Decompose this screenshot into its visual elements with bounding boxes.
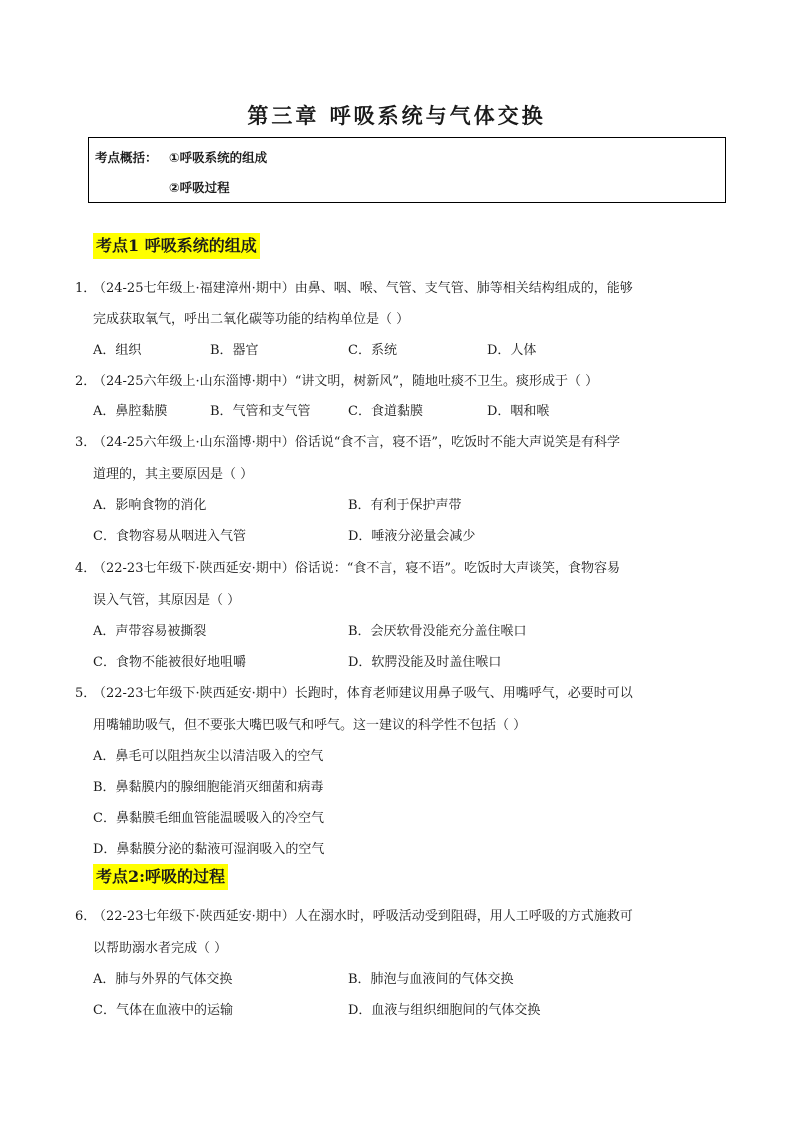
option-a: A．影响食物的消化	[93, 497, 206, 515]
summary-item-2: ②呼吸过程	[169, 178, 230, 196]
option-a: A．鼻腔黏膜	[93, 403, 167, 421]
option-d: D．软腭没能及时盖住喉口	[348, 654, 501, 672]
option-c: C．鼻黏膜毛细血管能温暖吸入的冷空气	[93, 810, 324, 828]
option-b: B．肺泡与血液间的气体交换	[348, 971, 514, 989]
option-b: B．气管和支气管	[210, 403, 311, 421]
section-heading-1: 考点1 呼吸系统的组成	[93, 233, 260, 259]
option-c: C．系统	[348, 342, 397, 360]
option-b: B．有利于保护声带	[348, 497, 462, 515]
page-title: 第三章 呼吸系统与气体交换	[0, 100, 793, 130]
option-b: B．器官	[210, 342, 259, 360]
option-c: C．食物不能被很好地咀嚼	[93, 654, 246, 672]
option-d: D．人体	[487, 342, 536, 360]
option-b: B．会厌软骨没能充分盖住喉口	[348, 623, 527, 641]
question-text: 误入气管，其原因是（ ）	[93, 592, 240, 610]
option-c: C．食物容易从咽进入气管	[93, 528, 246, 546]
question-text: 用嘴辅助吸气，但不要张大嘴巴吸气和呼气。这一建议的科学性不包括（ ）	[93, 717, 526, 735]
option-c: C．食道黏膜	[348, 403, 423, 421]
question-text: （22-23七年级下·陕西延安·期中）俗话说：“食不言，寝不语”。吃饭时大声谈笑…	[93, 560, 620, 578]
option-d: D．鼻黏膜分泌的黏液可湿润吸入的空气	[93, 841, 324, 859]
summary-box: 考点概括： ①呼吸系统的组成 ②呼吸过程	[88, 137, 726, 203]
summary-label: 考点概括：	[95, 148, 158, 166]
question-text: （24-25七年级上·福建漳州·期中）由鼻、咽、喉、气管、支气管、肺等相关结构组…	[93, 280, 633, 298]
option-a: A．组织	[93, 342, 141, 360]
summary-item-1: ①呼吸系统的组成	[169, 148, 267, 166]
option-d: D．咽和喉	[487, 403, 549, 421]
option-b: B．鼻黏膜内的腺细胞能消灭细菌和病毒	[93, 779, 324, 797]
section-heading-2: 考点2:呼吸的过程	[93, 864, 228, 890]
question-text: 道理的，其主要原因是（ ）	[93, 466, 253, 484]
option-a: A．肺与外界的气体交换	[93, 971, 232, 989]
option-a: A．鼻毛可以阻挡灰尘以清洁吸入的空气	[93, 748, 323, 766]
option-a: A．声带容易被撕裂	[93, 623, 206, 641]
option-c: C．气体在血液中的运输	[93, 1002, 233, 1020]
question-text: （22-23七年级下·陕西延安·期中）长跑时，体育老师建议用鼻子吸气、用嘴呼气，…	[93, 685, 633, 703]
option-d: D．唾液分泌量会减少	[348, 528, 475, 546]
question-text: 完成获取氧气，呼出二氧化碳等功能的结构单位是（ ）	[93, 311, 409, 329]
option-d: D．血液与组织细胞间的气体交换	[348, 1002, 540, 1020]
question-text: （24-25六年级上·山东淄博·期中）“讲文明，树新风”，随地吐痰不卫生。痰形成…	[93, 373, 598, 391]
question-text: （24-25六年级上·山东淄博·期中）俗话说“食不言，寝不语”，吃饭时不能大声说…	[93, 434, 620, 452]
question-text: 以帮助溺水者完成（ ）	[93, 940, 227, 958]
question-text: （22-23七年级下·陕西延安·期中）人在溺水时，呼吸活动受到阻碍，用人工呼吸的…	[93, 908, 633, 926]
